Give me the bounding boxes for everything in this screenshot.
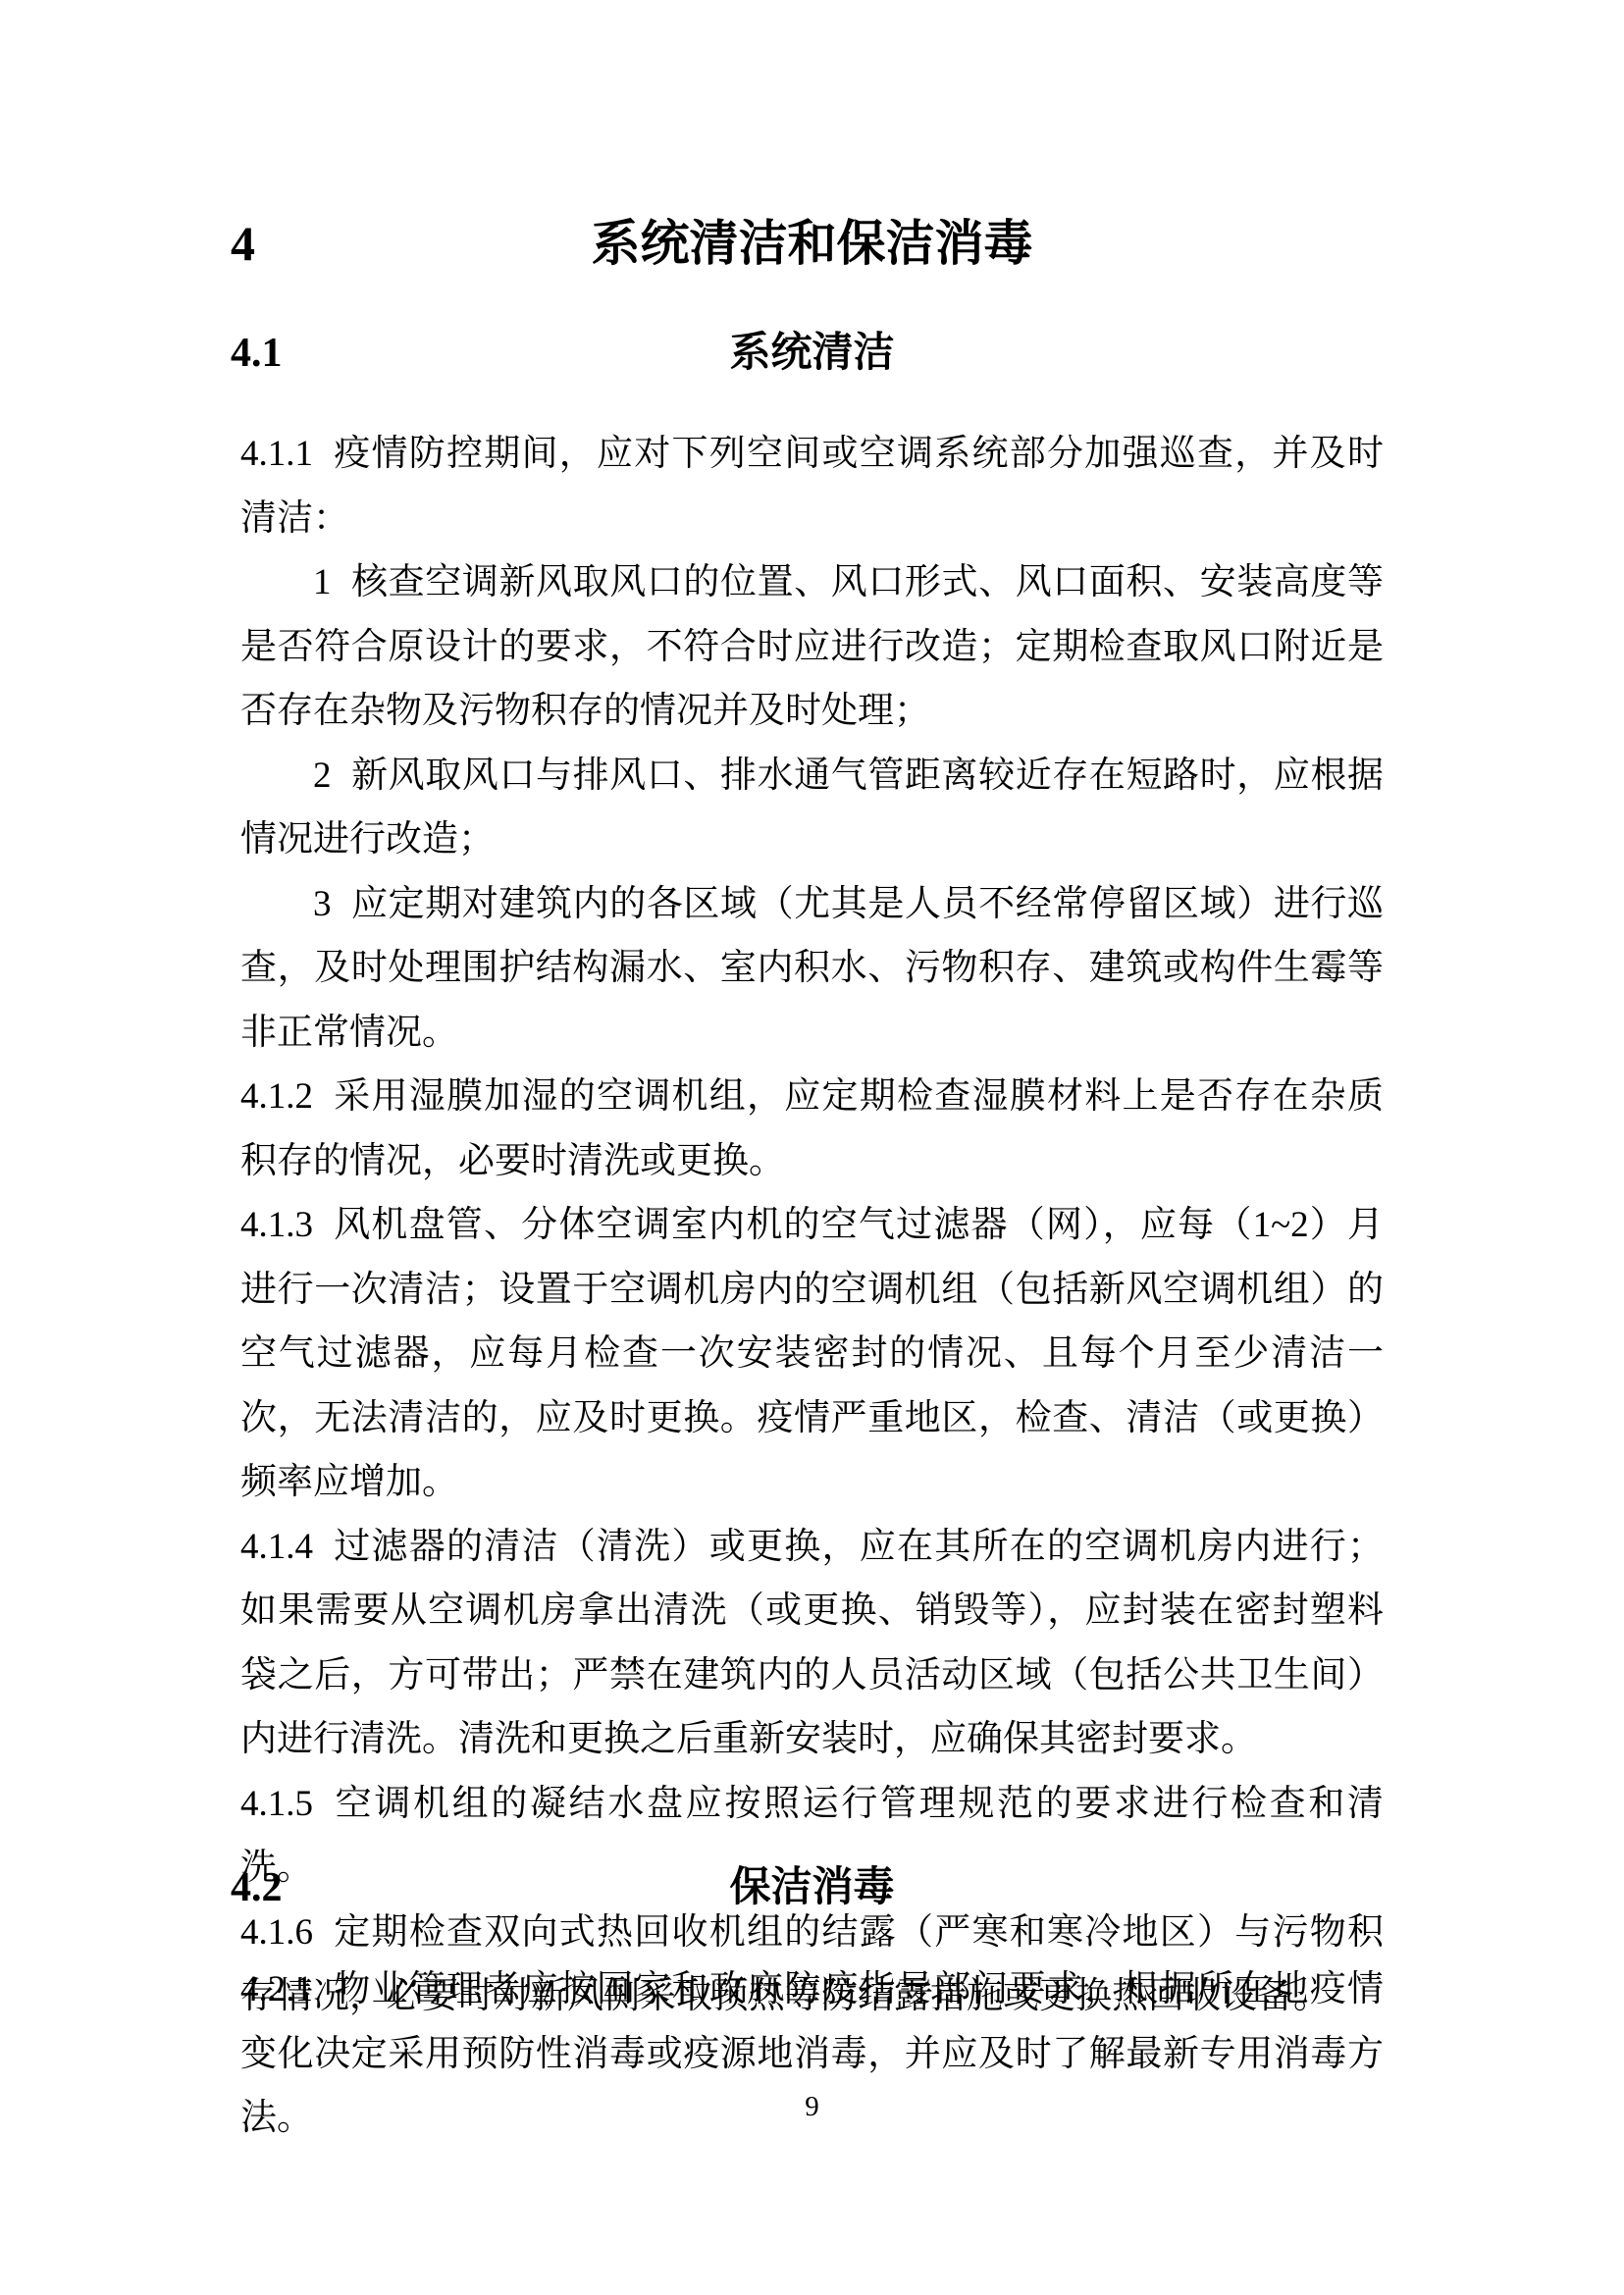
- clause-number: 1: [313, 562, 351, 602]
- clause-text: 应定期对建筑内的各区域（尤其是人员不经常停留区域）进行巡查，及时处理围护结构漏水…: [240, 884, 1384, 1053]
- section-title: 保洁消毒: [729, 1865, 894, 1910]
- clause-number: 3: [313, 884, 351, 924]
- clause-number: 4.1.5: [240, 1784, 333, 1824]
- page-number: 9: [0, 2090, 1624, 2123]
- clause-paragraph: 1核查空调新风取风口的位置、风口形式、风口面积、安装高度等是否符合原设计的要求，…: [240, 550, 1384, 744]
- chapter-title: 系统清洁和保洁消毒: [592, 216, 1033, 271]
- clause-number: 2: [313, 756, 351, 796]
- clause-text: 采用湿膜加湿的空调机组，应定期检查湿膜材料上是否存在杂质积存的情况，必要时清洗或…: [240, 1076, 1384, 1181]
- clause-number: 4.1.3: [240, 1205, 333, 1245]
- section-heading-4-2: 4.2 保洁消毒: [240, 1864, 1384, 1911]
- clause-number: 4.2.1: [240, 1969, 333, 2009]
- clause-text: 核查空调新风取风口的位置、风口形式、风口面积、安装高度等是否符合原设计的要求，不…: [240, 562, 1384, 731]
- chapter-heading: 4 系统清洁和保洁消毒: [240, 216, 1384, 271]
- clause-text: 新风取风口与排风口、排水通气管距离较近存在短路时，应根据情况进行改造；: [240, 756, 1384, 861]
- clause-text: 风机盘管、分体空调室内机的空气过滤器（网），应每（1~2）月进行一次清洁；设置于…: [240, 1205, 1384, 1502]
- clause-text: 过滤器的清洁（清洗）或更换，应在其所在的空调机房内进行；如果需要从空调机房拿出清…: [240, 1527, 1384, 1760]
- document-page: 4 系统清洁和保洁消毒 4.1 系统清洁 4.1.1疫情防控期间，应对下列空间或…: [0, 0, 1624, 2295]
- section-number: 4.1: [231, 330, 283, 377]
- section-title: 系统清洁: [729, 331, 894, 376]
- section-4-1-body: 4.1.1疫情防控期间，应对下列空间或空调系统部分加强巡查，并及时清洁： 1核查…: [240, 422, 1384, 2029]
- clause-paragraph: 3应定期对建筑内的各区域（尤其是人员不经常停留区域）进行巡查，及时处理围护结构漏…: [240, 872, 1384, 1066]
- clause-paragraph: 4.1.2采用湿膜加湿的空调机组，应定期检查湿膜材料上是否存在杂质积存的情况，必…: [240, 1065, 1384, 1193]
- clause-paragraph: 4.1.4过滤器的清洁（清洗）或更换，应在其所在的空调机房内进行；如果需要从空调…: [240, 1515, 1384, 1772]
- clause-paragraph: 2新风取风口与排风口、排水通气管距离较近存在短路时，应根据情况进行改造；: [240, 744, 1384, 872]
- clause-number: 4.1.2: [240, 1076, 333, 1117]
- section-number: 4.2: [231, 1864, 283, 1911]
- chapter-number: 4: [231, 216, 255, 271]
- clause-number: 4.1.4: [240, 1527, 333, 1567]
- clause-number: 4.1.6: [240, 1912, 333, 1953]
- clause-number: 4.1.1: [240, 434, 333, 474]
- clause-text: 疫情防控期间，应对下列空间或空调系统部分加强巡查，并及时清洁：: [240, 434, 1384, 539]
- clause-paragraph: 4.1.1疫情防控期间，应对下列空间或空调系统部分加强巡查，并及时清洁：: [240, 422, 1384, 550]
- section-heading-4-1: 4.1 系统清洁: [240, 330, 1384, 377]
- clause-paragraph: 4.1.3风机盘管、分体空调室内机的空气过滤器（网），应每（1~2）月进行一次清…: [240, 1193, 1384, 1515]
